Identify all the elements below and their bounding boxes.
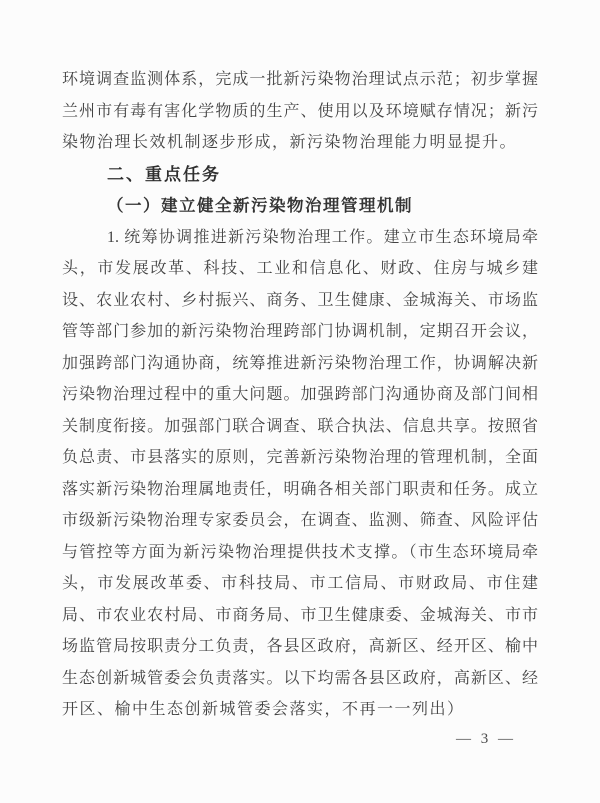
text-line: 管等部门参加的新污染物治理跨部门协调机制，定期召开会议， (62, 316, 538, 348)
text-line: 加强跨部门沟通协商，统筹推进新污染物治理工作，协调解决新 (62, 348, 538, 380)
text-line: 污染物治理过程中的重大问题。加强跨部门沟通协商及部门间相 (62, 379, 538, 411)
intro-paragraph: 环境调查监测体系，完成一批新污染物治理试点示范；初步掌握 兰州市有毒有害化学物质… (62, 64, 538, 159)
text-line: 负总责、市县落实的原则，完善新污染物治理的管理机制，全面 (62, 442, 538, 474)
text-line: 生态创新城管委会负责落实。以下均需各县区政府，高新区、经 (62, 663, 538, 695)
text-line: 落实新污染物治理属地责任，明确各相关部门职责和任务。成立 (62, 474, 538, 506)
sub-heading: （一）建立健全新污染物治理管理机制 (62, 190, 538, 222)
text-line: 与管控等方面为新污染物治理提供技术支撑。（市生态环境局牵 (62, 537, 538, 569)
text-line: 局、市农业农村局、市商务局、市卫生健康委、金城海关、市市 (62, 600, 538, 632)
text-line: 头，市发展改革、科技、工业和信息化、财政、住房与城乡建 (62, 253, 538, 285)
text-line: 设、农业农村、乡村振兴、商务、卫生健康、金城海关、市场监 (62, 285, 538, 317)
text-line: 关制度衔接。加强部门联合调查、联合执法、信息共享。按照省 (62, 411, 538, 443)
task-paragraph: 1. 统筹协调推进新污染物治理工作。建立市生态环境局牵 头，市发展改革、科技、工… (62, 222, 538, 726)
text-line: 1. 统筹协调推进新污染物治理工作。建立市生态环境局牵 (62, 222, 538, 254)
text-line: 市级新污染物治理专家委员会，在调查、监测、筛查、风险评估 (62, 505, 538, 537)
text-line: 环境调查监测体系，完成一批新污染物治理试点示范；初步掌握 (62, 64, 538, 96)
document-page: 环境调查监测体系，完成一批新污染物治理试点示范；初步掌握 兰州市有毒有害化学物质… (0, 0, 600, 803)
text-line: 染物治理长效机制逐步形成，新污染物治理能力明显提升。 (62, 127, 538, 159)
section-heading: 二、重点任务 (62, 159, 538, 191)
document-body: 环境调查监测体系，完成一批新污染物治理试点示范；初步掌握 兰州市有毒有害化学物质… (62, 64, 538, 726)
text-line: 场监管局按职责分工负责，各县区政府，高新区、经开区、榆中 (62, 631, 538, 663)
page-number: — 3 — (456, 726, 516, 752)
text-line: 兰州市有毒有害化学物质的生产、使用以及环境赋存情况；新污 (62, 96, 538, 128)
text-line: 头，市发展改革委、市科技局、市工信局、市财政局、市住建 (62, 568, 538, 600)
text-line: 开区、榆中生态创新城管委会落实，不再一一列出） (62, 694, 538, 726)
